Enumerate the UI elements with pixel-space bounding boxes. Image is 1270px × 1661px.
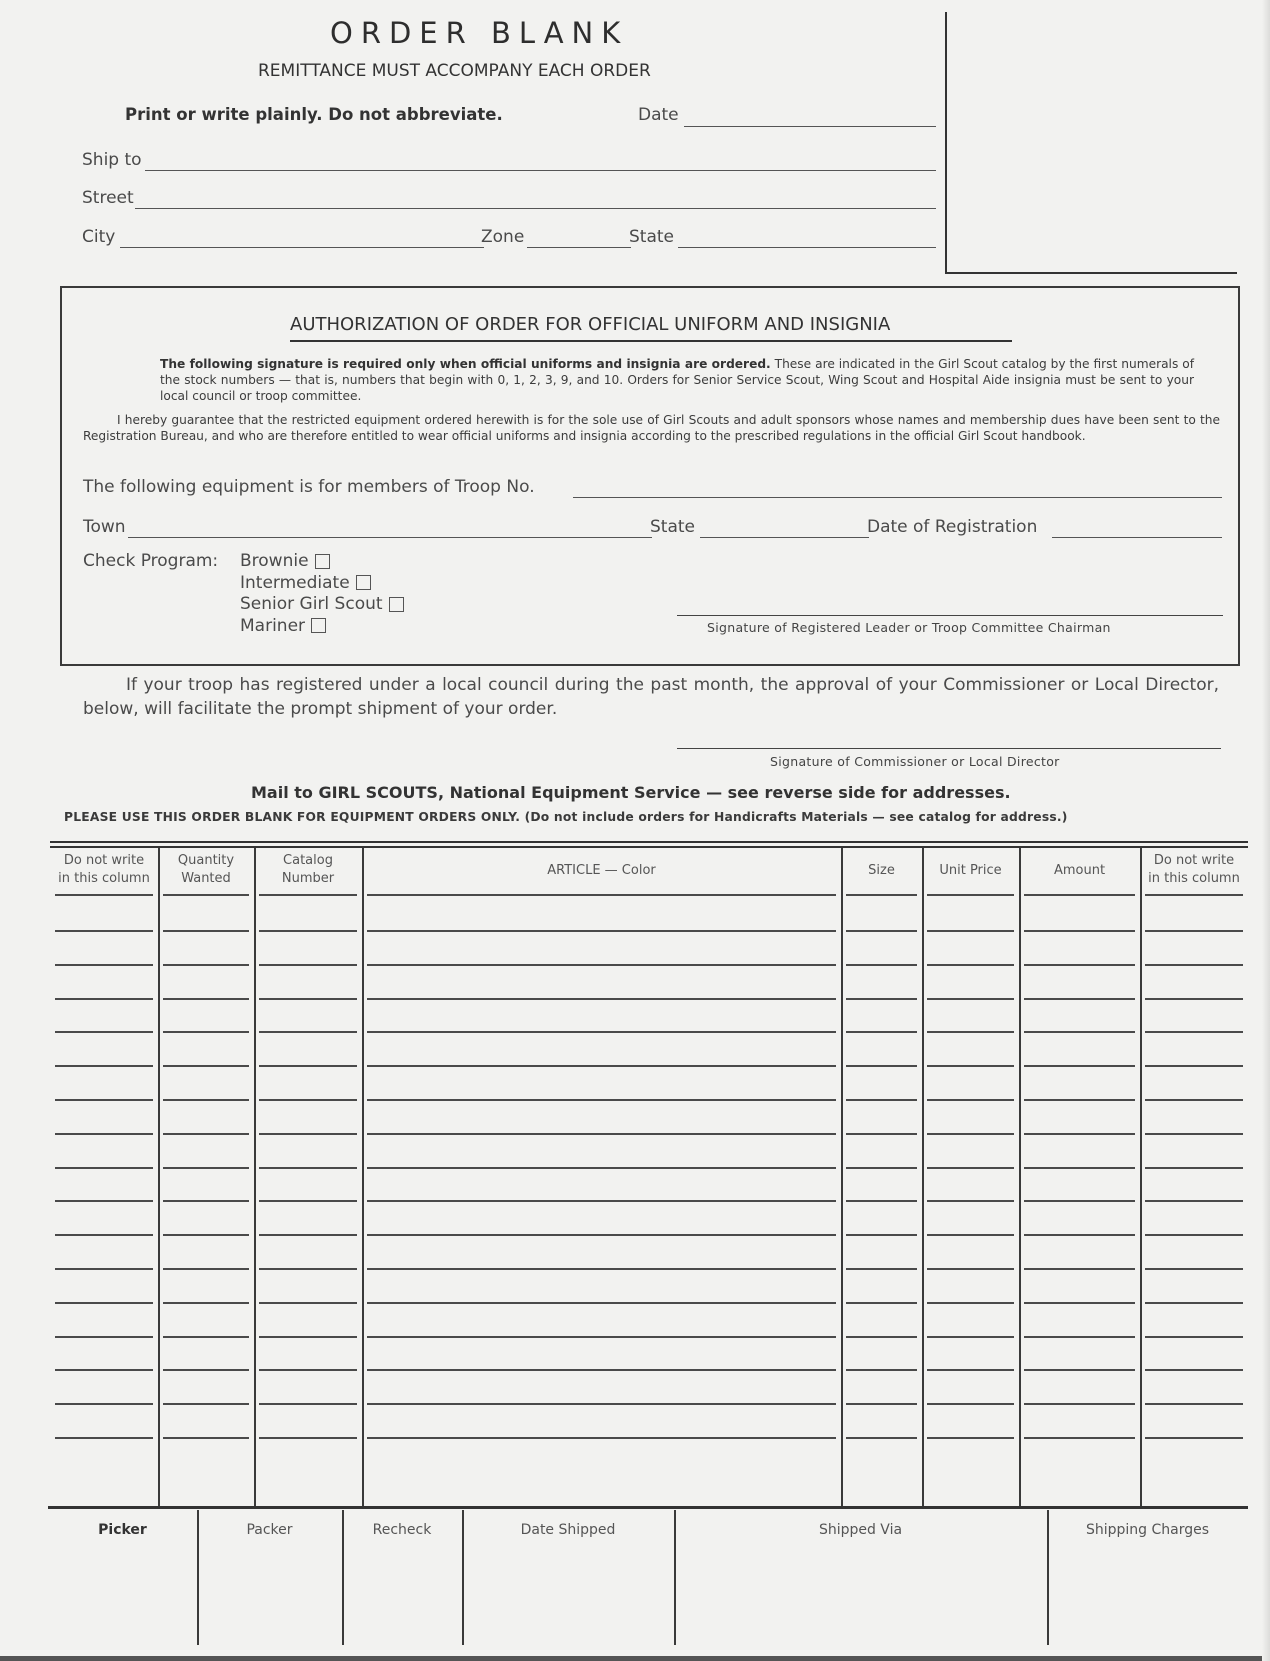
header-underline — [259, 894, 357, 896]
ship-to-label: Ship to — [82, 150, 142, 170]
row-rule — [846, 1336, 917, 1338]
row-rule — [55, 1302, 153, 1304]
row-rule — [1145, 1133, 1243, 1135]
header-underline — [1145, 894, 1243, 896]
header-underline — [55, 894, 153, 896]
header-underline — [927, 894, 1014, 896]
order-cell[interactable] — [847, 1001, 920, 1031]
order-cell[interactable] — [260, 1406, 360, 1436]
order-cell[interactable] — [847, 897, 920, 927]
order-cell[interactable] — [164, 1102, 252, 1132]
zone-field[interactable] — [527, 225, 631, 248]
order-cell[interactable] — [368, 1203, 839, 1233]
row-rule — [1024, 1133, 1135, 1135]
row-rule — [259, 1268, 357, 1270]
office-box-left-border — [945, 12, 947, 273]
auth-state-field[interactable] — [700, 515, 869, 538]
order-cell[interactable] — [928, 1440, 1017, 1470]
order-cell[interactable] — [56, 1001, 156, 1031]
row-rule — [55, 1200, 153, 1202]
column-divider — [922, 848, 924, 1506]
order-cell[interactable] — [847, 967, 920, 997]
row-rule — [163, 1268, 249, 1270]
order-cell[interactable] — [164, 1170, 252, 1200]
row-rule — [927, 1133, 1014, 1135]
authorization-heading: AUTHORIZATION OF ORDER FOR OFFICIAL UNIF… — [290, 314, 890, 335]
order-cell[interactable] — [164, 1372, 252, 1402]
row-rule — [846, 1099, 917, 1101]
intermediate-checkbox[interactable] — [356, 575, 371, 590]
row-rule — [367, 1437, 836, 1439]
row-rule — [163, 1099, 249, 1101]
order-cell[interactable] — [928, 1170, 1017, 1200]
order-cell[interactable] — [56, 897, 156, 927]
order-cell[interactable] — [56, 1440, 156, 1470]
row-rule — [259, 1031, 357, 1033]
row-rule — [163, 1336, 249, 1338]
order-cell[interactable] — [928, 967, 1017, 997]
row-rule — [259, 1369, 357, 1371]
order-cell[interactable] — [847, 1339, 920, 1369]
order-cell[interactable] — [56, 1203, 156, 1233]
row-rule — [1145, 998, 1243, 1000]
header-underline — [163, 894, 249, 896]
order-cell[interactable] — [56, 1271, 156, 1301]
instruction-text: Print or write plainly. Do not abbreviat… — [125, 105, 503, 124]
row-rule — [1145, 1302, 1243, 1304]
city-field[interactable] — [120, 225, 484, 248]
column-header: QuantityWanted — [158, 852, 254, 888]
order-cell[interactable] — [1146, 1339, 1246, 1369]
order-cell[interactable] — [847, 1136, 920, 1166]
row-rule — [1145, 1099, 1243, 1101]
order-cell[interactable] — [928, 1237, 1017, 1267]
footer-label: Shipped Via — [674, 1522, 1047, 1538]
column-header: Unit Price — [922, 862, 1019, 880]
order-cell[interactable] — [847, 1203, 920, 1233]
order-cell[interactable] — [260, 1305, 360, 1335]
row-rule — [927, 1403, 1014, 1405]
row-rule — [367, 1302, 836, 1304]
order-cell[interactable] — [1146, 1136, 1246, 1166]
order-cell[interactable] — [847, 933, 920, 963]
order-cell[interactable] — [368, 1440, 839, 1470]
row-rule — [259, 964, 357, 966]
order-cell[interactable] — [260, 933, 360, 963]
order-cell[interactable] — [1146, 1203, 1246, 1233]
column-header: Do not writein this column — [50, 852, 158, 888]
row-rule — [367, 1167, 836, 1169]
footer-field[interactable] — [203, 1560, 340, 1632]
order-cell[interactable] — [56, 1406, 156, 1436]
order-cell[interactable] — [928, 1339, 1017, 1369]
order-cell[interactable] — [928, 1102, 1017, 1132]
row-rule — [1145, 1234, 1243, 1236]
order-cell[interactable] — [1025, 1068, 1138, 1098]
table-bottom-rule — [48, 1506, 1248, 1509]
leader-signature-field[interactable] — [677, 593, 1223, 616]
footer-divider — [674, 1510, 676, 1645]
row-rule — [927, 1200, 1014, 1202]
date-registration-field[interactable] — [1052, 515, 1222, 538]
row-rule — [163, 1133, 249, 1135]
row-rule — [55, 1336, 153, 1338]
order-cell[interactable] — [368, 1406, 839, 1436]
row-rule — [55, 930, 153, 932]
order-only-notice: PLEASE USE THIS ORDER BLANK FOR EQUIPMEN… — [64, 810, 1068, 824]
order-cell[interactable] — [928, 1068, 1017, 1098]
row-rule — [846, 964, 917, 966]
order-cell[interactable] — [368, 1136, 839, 1166]
row-rule — [367, 964, 836, 966]
order-cell[interactable] — [56, 1170, 156, 1200]
row-rule — [1024, 1403, 1135, 1405]
order-cell[interactable] — [1025, 1136, 1138, 1166]
row-rule — [1024, 1302, 1135, 1304]
order-cell[interactable] — [928, 1034, 1017, 1064]
footer-field[interactable] — [680, 1560, 1045, 1632]
order-cell[interactable] — [928, 933, 1017, 963]
row-rule — [163, 964, 249, 966]
row-rule — [927, 1437, 1014, 1439]
order-cell[interactable] — [1025, 1440, 1138, 1470]
row-rule — [1024, 1234, 1135, 1236]
order-cell[interactable] — [164, 1406, 252, 1436]
order-cell[interactable] — [368, 1170, 839, 1200]
order-cell[interactable] — [1146, 1068, 1246, 1098]
order-cell[interactable] — [1025, 1305, 1138, 1335]
program-senior-girl-scout[interactable]: Senior Girl Scout — [240, 594, 404, 616]
footer-field[interactable] — [468, 1560, 672, 1632]
order-cell[interactable] — [260, 1136, 360, 1166]
order-cell[interactable] — [260, 1271, 360, 1301]
footer-label: Date Shipped — [462, 1522, 674, 1538]
row-rule — [55, 1099, 153, 1101]
footer-label: Recheck — [342, 1522, 462, 1538]
order-cell[interactable] — [164, 1305, 252, 1335]
order-cell[interactable] — [260, 1068, 360, 1098]
order-cell[interactable] — [56, 1237, 156, 1267]
row-rule — [55, 1133, 153, 1135]
mariner-checkbox[interactable] — [311, 618, 326, 633]
order-cell[interactable] — [1146, 1102, 1246, 1132]
row-rule — [259, 1403, 357, 1405]
row-rule — [367, 1234, 836, 1236]
order-cell[interactable] — [368, 1372, 839, 1402]
row-rule — [846, 1200, 917, 1202]
row-rule — [259, 930, 357, 932]
order-cell[interactable] — [1025, 897, 1138, 927]
footer-field[interactable] — [348, 1560, 460, 1632]
order-cell[interactable] — [928, 1203, 1017, 1233]
order-cell[interactable] — [164, 1237, 252, 1267]
order-cell[interactable] — [1025, 1372, 1138, 1402]
row-rule — [846, 1302, 917, 1304]
row-rule — [163, 1369, 249, 1371]
order-cell[interactable] — [1025, 1203, 1138, 1233]
footer-divider — [342, 1510, 344, 1645]
order-cell[interactable] — [164, 1271, 252, 1301]
order-cell[interactable] — [1146, 1170, 1246, 1200]
row-rule — [927, 1302, 1014, 1304]
order-cell[interactable] — [847, 1170, 920, 1200]
row-rule — [55, 998, 153, 1000]
row-rule — [163, 1065, 249, 1067]
order-cell[interactable] — [164, 1034, 252, 1064]
column-divider — [254, 848, 256, 1506]
order-cell[interactable] — [164, 897, 252, 927]
order-cell[interactable] — [56, 1305, 156, 1335]
order-cell[interactable] — [260, 1034, 360, 1064]
order-cell[interactable] — [260, 1203, 360, 1233]
order-cell[interactable] — [164, 967, 252, 997]
order-cell[interactable] — [847, 1271, 920, 1301]
auth-state-label: State — [650, 517, 695, 537]
order-cell[interactable] — [928, 1372, 1017, 1402]
order-cell[interactable] — [847, 1237, 920, 1267]
row-rule — [846, 1167, 917, 1169]
order-cell[interactable] — [164, 1203, 252, 1233]
row-rule — [927, 930, 1014, 932]
footer-label: Shipping Charges — [1047, 1522, 1248, 1538]
order-cell[interactable] — [847, 1440, 920, 1470]
order-cell[interactable] — [260, 1339, 360, 1369]
order-cell[interactable] — [847, 1068, 920, 1098]
authorization-notice: The following signature is required only… — [160, 356, 1194, 404]
office-box-bottom-border — [945, 272, 1237, 274]
row-rule — [259, 1065, 357, 1067]
column-header: Amount — [1019, 862, 1140, 880]
order-cell[interactable] — [164, 1068, 252, 1098]
order-cell[interactable] — [368, 967, 839, 997]
table-top-rule-2 — [50, 846, 1248, 848]
row-rule — [1145, 1031, 1243, 1033]
page-title: ORDER BLANK — [330, 16, 628, 50]
row-rule — [1145, 930, 1243, 932]
column-divider — [1140, 848, 1142, 1506]
row-rule — [1024, 930, 1135, 932]
state-field[interactable] — [678, 225, 936, 248]
order-cell[interactable] — [847, 1372, 920, 1402]
footer-field[interactable] — [1053, 1560, 1246, 1632]
program-checklist: Brownie Intermediate Senior Girl Scout M… — [240, 551, 404, 637]
row-rule — [927, 1268, 1014, 1270]
row-rule — [1024, 1167, 1135, 1169]
order-cell[interactable] — [164, 1339, 252, 1369]
order-cell[interactable] — [1025, 1237, 1138, 1267]
row-rule — [259, 1437, 357, 1439]
column-divider — [158, 848, 160, 1506]
brownie-checkbox[interactable] — [315, 554, 330, 569]
order-cell[interactable] — [368, 1237, 839, 1267]
order-cell[interactable] — [928, 1406, 1017, 1436]
order-cell[interactable] — [368, 1034, 839, 1064]
town-field[interactable] — [128, 515, 652, 538]
row-rule — [927, 1065, 1014, 1067]
order-cell[interactable] — [260, 1102, 360, 1132]
order-cell[interactable] — [1025, 1271, 1138, 1301]
footer-label: Picker — [48, 1522, 197, 1538]
zone-label: Zone — [481, 227, 524, 247]
row-rule — [1024, 1268, 1135, 1270]
page-right-edge — [1262, 0, 1270, 1661]
leader-signature-label: Signature of Registered Leader or Troop … — [707, 620, 1111, 635]
order-cell[interactable] — [260, 1372, 360, 1402]
order-cell[interactable] — [1025, 1339, 1138, 1369]
row-rule — [1024, 1200, 1135, 1202]
heading-underline — [290, 340, 1012, 342]
row-rule — [367, 1336, 836, 1338]
order-cell[interactable] — [1146, 1305, 1246, 1335]
row-rule — [367, 1099, 836, 1101]
program-mariner[interactable]: Mariner — [240, 616, 404, 638]
row-rule — [927, 1336, 1014, 1338]
order-cell[interactable] — [928, 1271, 1017, 1301]
state-label: State — [629, 227, 674, 247]
order-cell[interactable] — [847, 1102, 920, 1132]
row-rule — [1024, 1031, 1135, 1033]
order-cell[interactable] — [1146, 967, 1246, 997]
troop-label: The following equipment is for members o… — [83, 477, 535, 497]
row-rule — [55, 1167, 153, 1169]
row-rule — [927, 998, 1014, 1000]
order-cell[interactable] — [56, 1102, 156, 1132]
row-rule — [846, 1437, 917, 1439]
row-rule — [846, 1369, 917, 1371]
order-cell[interactable] — [56, 933, 156, 963]
order-cell[interactable] — [260, 1440, 360, 1470]
order-cell[interactable] — [1025, 967, 1138, 997]
order-cell[interactable] — [56, 1068, 156, 1098]
order-cell[interactable] — [56, 967, 156, 997]
row-rule — [163, 1200, 249, 1202]
row-rule — [163, 1234, 249, 1236]
order-cell[interactable] — [368, 1271, 839, 1301]
order-cell[interactable] — [1025, 1170, 1138, 1200]
row-rule — [846, 1031, 917, 1033]
header-underline — [367, 894, 836, 896]
footer-field[interactable] — [54, 1560, 195, 1632]
order-cell[interactable] — [1146, 1271, 1246, 1301]
row-rule — [55, 964, 153, 966]
row-rule — [846, 1234, 917, 1236]
order-cell[interactable] — [260, 1170, 360, 1200]
order-cell[interactable] — [1146, 1001, 1246, 1031]
order-cell[interactable] — [260, 1001, 360, 1031]
order-cell[interactable] — [56, 1034, 156, 1064]
street-label: Street — [82, 188, 134, 208]
row-rule — [259, 998, 357, 1000]
row-rule — [163, 1403, 249, 1405]
row-rule — [1024, 1336, 1135, 1338]
column-header: Do not writein this column — [1140, 852, 1248, 888]
row-rule — [846, 1133, 917, 1135]
order-cell[interactable] — [1025, 1102, 1138, 1132]
order-cell[interactable] — [847, 1034, 920, 1064]
order-cell[interactable] — [368, 1068, 839, 1098]
date-field[interactable] — [684, 104, 936, 127]
order-cell[interactable] — [1025, 1001, 1138, 1031]
order-cell[interactable] — [1146, 1440, 1246, 1470]
row-rule — [163, 1167, 249, 1169]
city-label: City — [82, 227, 115, 247]
row-rule — [927, 1234, 1014, 1236]
senior-girl-scout-checkbox[interactable] — [389, 597, 404, 612]
commissioner-text: If your troop has registered under a loc… — [83, 673, 1219, 721]
row-rule — [163, 1437, 249, 1439]
order-cell[interactable] — [1146, 1237, 1246, 1267]
program-brownie[interactable]: Brownie — [240, 551, 404, 573]
row-rule — [163, 1302, 249, 1304]
order-cell[interactable] — [1025, 1034, 1138, 1064]
order-cell[interactable] — [1025, 1406, 1138, 1436]
order-cell[interactable] — [368, 897, 839, 927]
order-cell[interactable] — [1146, 897, 1246, 927]
troop-number-field[interactable] — [573, 475, 1222, 498]
order-cell[interactable] — [368, 1305, 839, 1335]
row-rule — [927, 1031, 1014, 1033]
order-cell[interactable] — [928, 1305, 1017, 1335]
row-rule — [367, 1403, 836, 1405]
order-cell[interactable] — [56, 1136, 156, 1166]
guarantee-text: I hereby guarantee that the restricted e… — [83, 412, 1220, 444]
ship-to-field[interactable] — [145, 148, 936, 171]
order-cell[interactable] — [368, 1339, 839, 1369]
row-rule — [1145, 1336, 1243, 1338]
order-cell[interactable] — [928, 1136, 1017, 1166]
order-cell[interactable] — [1146, 1372, 1246, 1402]
footer-label: Packer — [197, 1522, 342, 1538]
order-cell[interactable] — [56, 1339, 156, 1369]
row-rule — [927, 1369, 1014, 1371]
order-cell[interactable] — [368, 1102, 839, 1132]
row-rule — [367, 1200, 836, 1202]
row-rule — [1145, 964, 1243, 966]
street-field[interactable] — [135, 186, 936, 209]
row-rule — [259, 1336, 357, 1338]
order-cell[interactable] — [56, 1372, 156, 1402]
row-rule — [1024, 964, 1135, 966]
order-cell[interactable] — [928, 1001, 1017, 1031]
order-cell[interactable] — [1146, 1034, 1246, 1064]
order-cell[interactable] — [1146, 1406, 1246, 1436]
order-cell[interactable] — [847, 1305, 920, 1335]
row-rule — [55, 1369, 153, 1371]
order-cell[interactable] — [1146, 933, 1246, 963]
order-cell[interactable] — [164, 1136, 252, 1166]
order-cell[interactable] — [847, 1406, 920, 1436]
order-cell[interactable] — [164, 933, 252, 963]
row-rule — [1145, 1437, 1243, 1439]
order-cell[interactable] — [260, 967, 360, 997]
row-rule — [259, 1234, 357, 1236]
order-cell[interactable] — [368, 1001, 839, 1031]
commissioner-signature-label: Signature of Commissioner or Local Direc… — [770, 754, 1060, 769]
order-cell[interactable] — [260, 897, 360, 927]
row-rule — [55, 1268, 153, 1270]
commissioner-signature-field[interactable] — [677, 726, 1221, 749]
row-rule — [55, 1234, 153, 1236]
program-intermediate[interactable]: Intermediate — [240, 573, 404, 595]
order-cell[interactable] — [164, 1440, 252, 1470]
date-registration-label: Date of Registration — [867, 517, 1037, 537]
row-rule — [927, 1167, 1014, 1169]
order-cell[interactable] — [368, 933, 839, 963]
order-cell[interactable] — [260, 1237, 360, 1267]
order-cell[interactable] — [928, 897, 1017, 927]
order-cell[interactable] — [1025, 933, 1138, 963]
order-cell[interactable] — [164, 1001, 252, 1031]
